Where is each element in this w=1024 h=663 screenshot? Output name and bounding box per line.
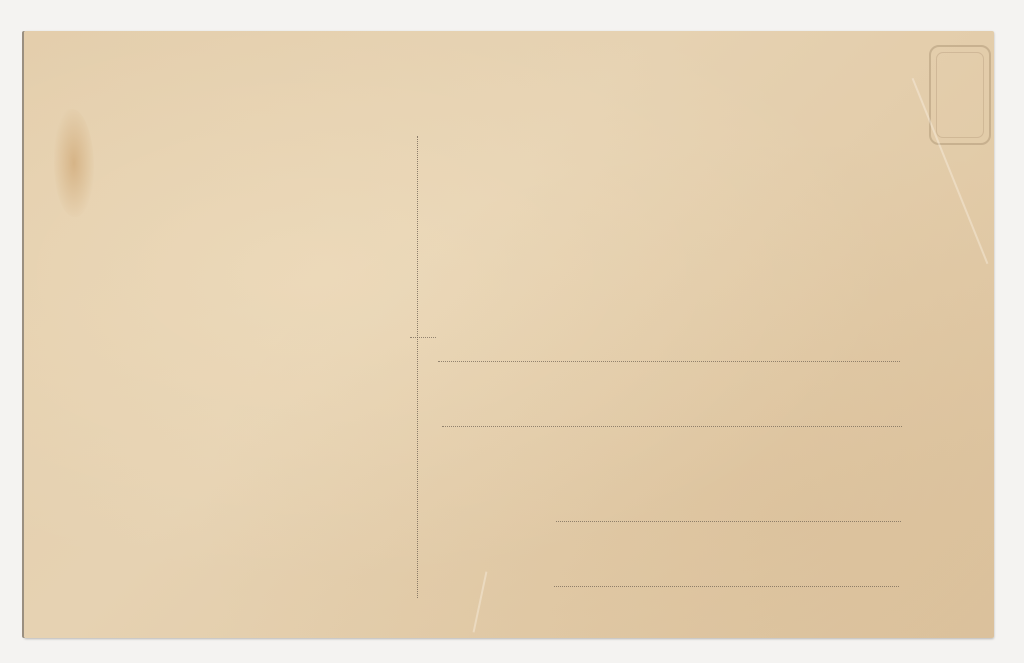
stamp-placeholder-box <box>929 45 991 145</box>
postcard-back <box>24 31 994 638</box>
address-line-3 <box>556 521 901 522</box>
address-line-4 <box>554 586 899 587</box>
paper-crease <box>473 571 488 632</box>
address-line-2 <box>442 426 902 427</box>
message-address-divider <box>417 136 418 598</box>
water-stain <box>54 109 94 217</box>
stamp-placeholder-inner <box>936 52 984 138</box>
address-line-1 <box>438 361 900 362</box>
divider-tick <box>410 337 436 338</box>
